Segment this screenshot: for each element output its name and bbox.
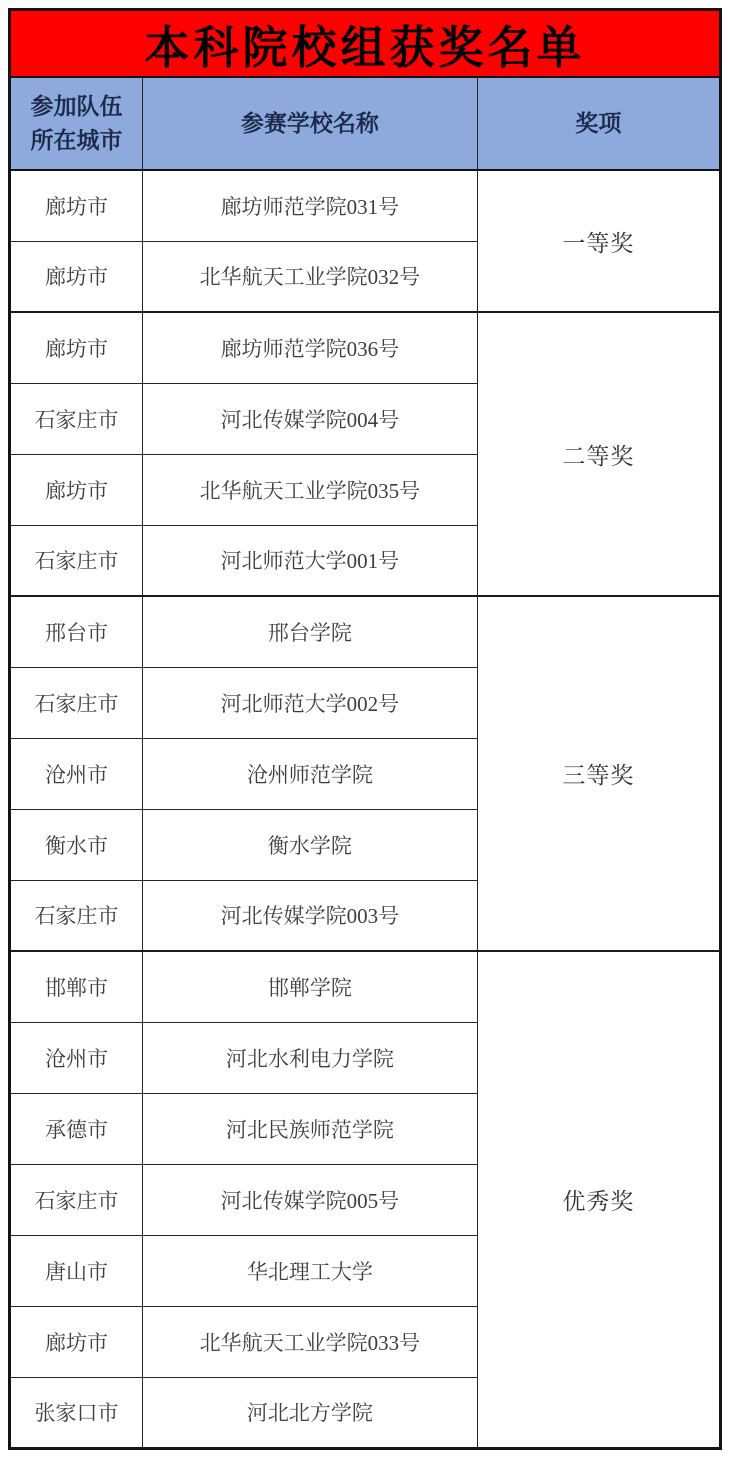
header-city: 参加队伍 所在城市: [10, 77, 143, 170]
award-cell: 一等奖: [477, 170, 720, 312]
city-cell: 廊坊市: [10, 170, 143, 241]
school-cell: 北华航天工业学院033号: [142, 1306, 477, 1377]
school-cell: 河北师范大学001号: [142, 525, 477, 596]
city-cell: 石家庄市: [10, 383, 143, 454]
school-cell: 北华航天工业学院032号: [142, 241, 477, 312]
city-cell: 廊坊市: [10, 454, 143, 525]
city-cell: 石家庄市: [10, 1164, 143, 1235]
table-row: 邢台市邢台学院三等奖: [10, 596, 721, 667]
table-row: 廊坊市廊坊师范学院031号一等奖: [10, 170, 721, 241]
school-cell: 河北传媒学院003号: [142, 880, 477, 951]
school-cell: 河北水利电力学院: [142, 1022, 477, 1093]
table-row: 廊坊市廊坊师范学院036号二等奖: [10, 312, 721, 383]
header-school: 参赛学校名称: [142, 77, 477, 170]
school-cell: 邯郸学院: [142, 951, 477, 1022]
school-cell: 沧州师范学院: [142, 738, 477, 809]
city-cell: 邯郸市: [10, 951, 143, 1022]
title-row: 本科院校组获奖名单: [10, 10, 721, 78]
city-cell: 沧州市: [10, 738, 143, 809]
school-cell: 华北理工大学: [142, 1235, 477, 1306]
city-cell: 张家口市: [10, 1377, 143, 1448]
school-cell: 北华航天工业学院035号: [142, 454, 477, 525]
city-cell: 廊坊市: [10, 241, 143, 312]
city-cell: 廊坊市: [10, 312, 143, 383]
city-cell: 廊坊市: [10, 1306, 143, 1377]
city-cell: 衡水市: [10, 809, 143, 880]
school-cell: 衡水学院: [142, 809, 477, 880]
school-cell: 河北传媒学院004号: [142, 383, 477, 454]
city-cell: 沧州市: [10, 1022, 143, 1093]
table-title: 本科院校组获奖名单: [10, 10, 721, 78]
award-cell: 二等奖: [477, 312, 720, 596]
school-cell: 廊坊师范学院031号: [142, 170, 477, 241]
school-cell: 河北传媒学院005号: [142, 1164, 477, 1235]
school-cell: 河北师范大学002号: [142, 667, 477, 738]
awards-tbody: 廊坊市廊坊师范学院031号一等奖廊坊市北华航天工业学院032号廊坊市廊坊师范学院…: [10, 170, 721, 1448]
city-cell: 石家庄市: [10, 525, 143, 596]
table-row: 邯郸市邯郸学院优秀奖: [10, 951, 721, 1022]
school-cell: 河北民族师范学院: [142, 1093, 477, 1164]
city-cell: 石家庄市: [10, 880, 143, 951]
award-cell: 三等奖: [477, 596, 720, 951]
city-cell: 石家庄市: [10, 667, 143, 738]
school-cell: 廊坊师范学院036号: [142, 312, 477, 383]
city-cell: 邢台市: [10, 596, 143, 667]
awards-table: 本科院校组获奖名单 参加队伍 所在城市 参赛学校名称 奖项 廊坊市廊坊师范学院0…: [8, 8, 722, 1450]
header-row: 参加队伍 所在城市 参赛学校名称 奖项: [10, 77, 721, 170]
school-cell: 邢台学院: [142, 596, 477, 667]
city-cell: 唐山市: [10, 1235, 143, 1306]
award-cell: 优秀奖: [477, 951, 720, 1448]
school-cell: 河北北方学院: [142, 1377, 477, 1448]
page: 本科院校组获奖名单 参加队伍 所在城市 参赛学校名称 奖项 廊坊市廊坊师范学院0…: [0, 0, 730, 1458]
header-award: 奖项: [477, 77, 720, 170]
city-cell: 承德市: [10, 1093, 143, 1164]
